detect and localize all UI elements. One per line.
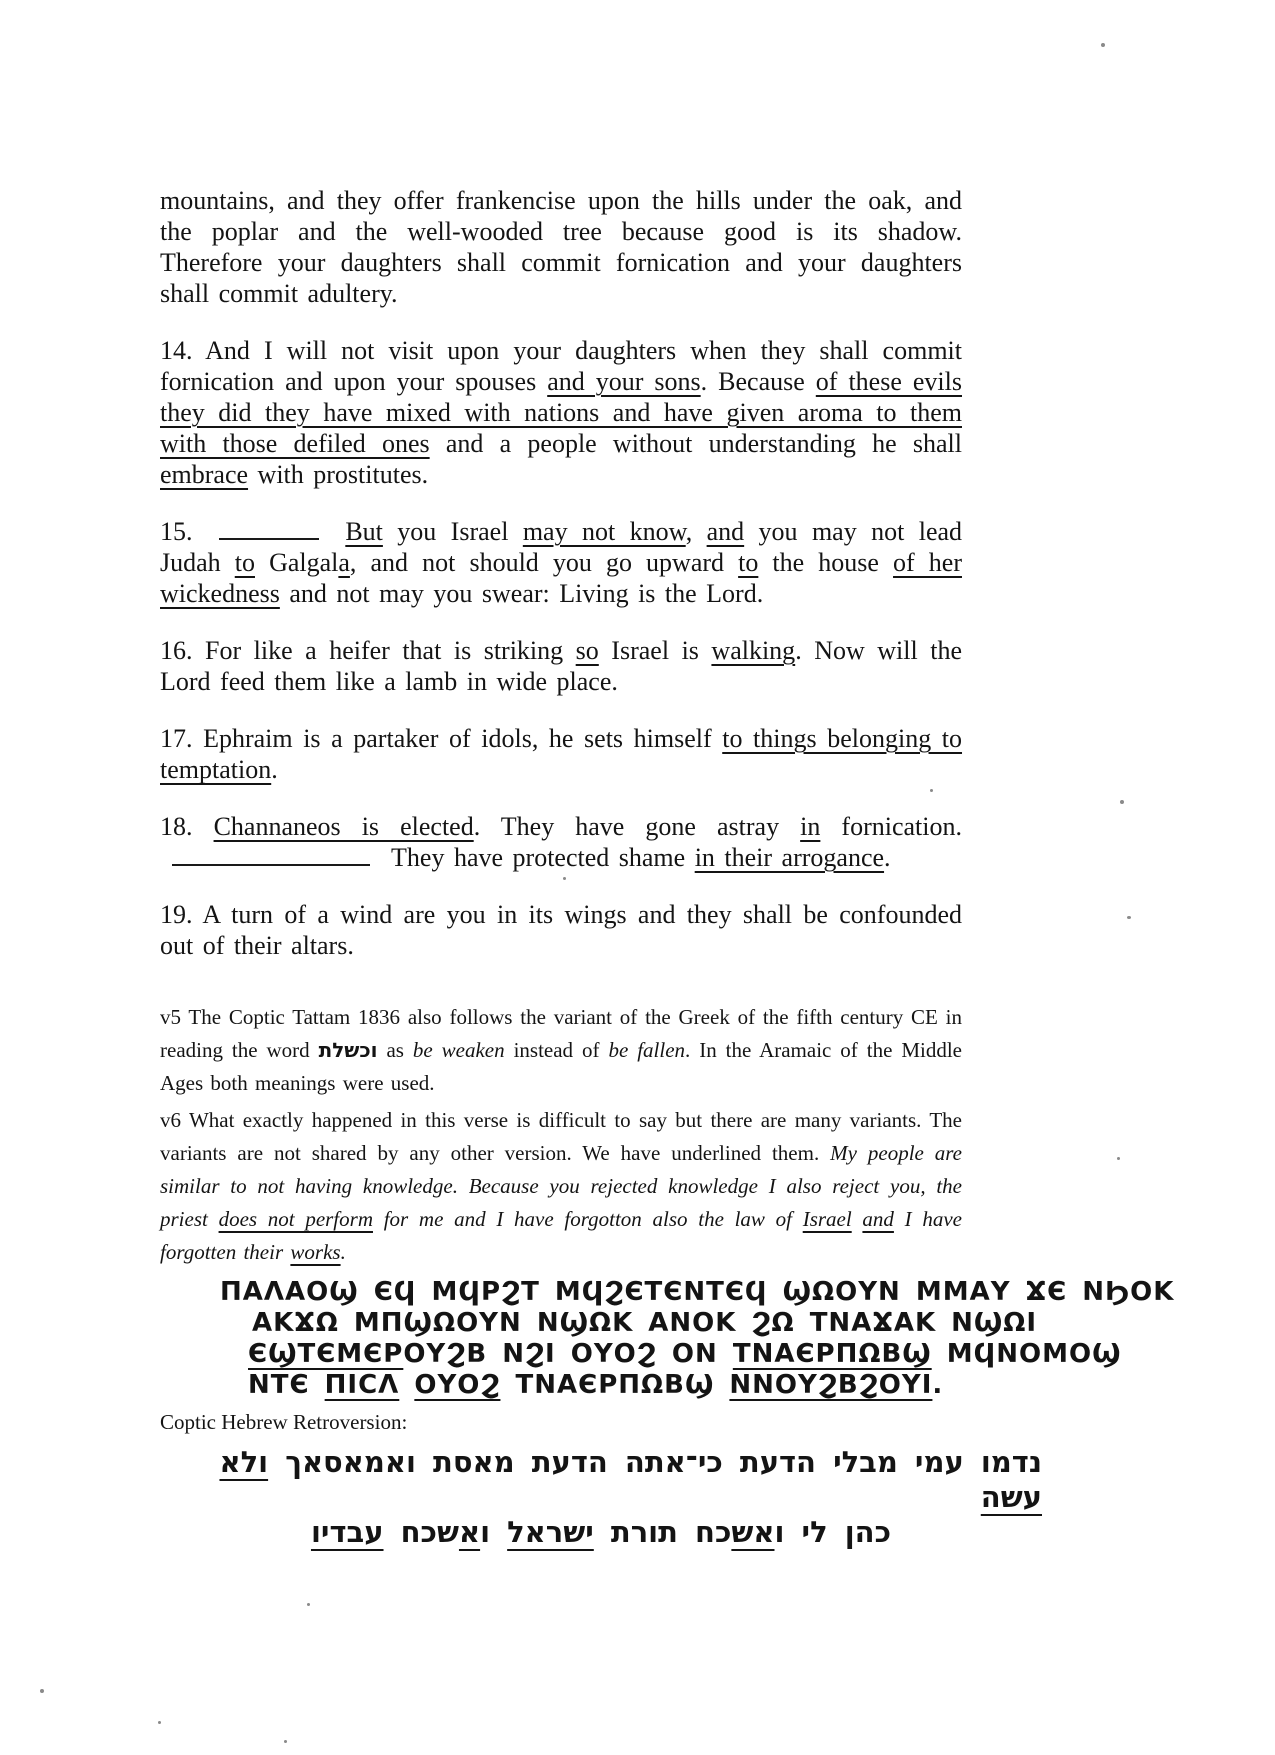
text-segment: ΑΚϪΩ ΜΠϢΩΟΥΝ ΝϢΩΚ ΑΝΟΚ ϨΩ ΤΝΑϪΑΚ ΝϢΩΙ	[252, 1308, 1037, 1338]
text-segment: ΤΝΑЄΡΠΩΒϢ	[500, 1370, 729, 1400]
text-segment: works	[290, 1240, 340, 1264]
text-segment: Israel	[803, 1207, 852, 1231]
text-segment: א	[459, 1515, 480, 1549]
verse-16-paragraph: 16. For like a heifer that is striking s…	[160, 635, 962, 697]
verse-15-paragraph: 15. But you Israel may not know, and you…	[160, 516, 962, 609]
text-segment: be weaken	[413, 1038, 505, 1062]
retroversion-label: Coptic Hebrew Retroversion:	[160, 1407, 962, 1437]
text-segment: עבדיו	[311, 1515, 384, 1549]
scan-speck	[1120, 800, 1124, 804]
text-segment: שכח	[384, 1515, 459, 1549]
verse-18-paragraph: 18. Channaneos is elected. They have gon…	[160, 811, 962, 873]
coptic-line: ΑΚϪΩ ΜΠϢΩΟΥΝ ΝϢΩΚ ΑΝΟΚ ϨΩ ΤΝΑϪΑΚ ΝϢΩΙ	[252, 1308, 962, 1339]
text-segment: with prostitutes.	[248, 460, 428, 489]
text-segment: instead of	[505, 1038, 609, 1062]
footnote-v6: v6 What exactly happened in this verse i…	[160, 1104, 962, 1269]
text-segment: with those defiled ones	[160, 429, 430, 458]
scan-speck	[1101, 43, 1105, 47]
hebrew-line: כהן לי ואשכח תורת ישראל ואשכח עבדיו	[160, 1515, 1042, 1550]
text-segment: .	[271, 755, 278, 784]
text-segment: a	[338, 548, 350, 577]
text-segment: ΝΝΟΥϨΒϨΟΥΙ	[729, 1370, 932, 1400]
paragraph-continuation: mountains, and they offer frankencise up…	[160, 185, 962, 309]
verse-17-paragraph: 17. Ephraim is a partaker of idols, he s…	[160, 723, 962, 785]
text-segment: and your sons	[547, 367, 700, 396]
text-segment: for me and I have forgotton also the law…	[373, 1207, 803, 1231]
text-segment: to	[738, 548, 758, 577]
text-segment: fornication.	[820, 812, 962, 841]
text-segment: כהן לי ו	[774, 1515, 891, 1549]
text-segment: ΠΑΛΑΟϢ ЄϤ ΜϤΡϨΤ ΜϤϨЄΤЄΝΤЄϤ ϢΩΟΥΝ ΜΜΑΥ ϪЄ…	[220, 1277, 1174, 1307]
text-segment	[852, 1207, 863, 1231]
text-segment: , and not should you go upward	[350, 548, 738, 577]
text-segment: . They have gone astray	[474, 812, 800, 841]
text-segment: 19. A turn of a wind are you in its wing…	[160, 900, 962, 960]
scan-speck	[40, 1689, 44, 1693]
scan-speck	[284, 1740, 287, 1743]
coptic-line: ΝΤЄ ΠΙCΛ ΟΥΟϨ ΤΝΑЄΡΠΩΒϢ ΝΝΟΥϨΒϨΟΥΙ.	[248, 1370, 962, 1401]
text-segment: 17. Ephraim is a partaker of idols, he s…	[160, 724, 722, 753]
text-segment: does not perform	[219, 1207, 373, 1231]
text-segment: 15.	[160, 517, 207, 546]
text-segment: in	[800, 812, 820, 841]
text-segment: . Because	[701, 367, 816, 396]
text-segment: ,	[686, 517, 707, 546]
text-segment: Channaneos is elected	[214, 812, 474, 841]
text-segment: ЄϢΤЄΜЄΡ	[248, 1339, 403, 1369]
text-segment: as	[378, 1038, 413, 1062]
text-segment: and	[707, 517, 745, 546]
text-segment: ΠΙCΛ	[325, 1370, 400, 1400]
text-segment: כח תורת	[594, 1515, 732, 1549]
text-segment: ΜϤΝΟΜΟϢ	[932, 1339, 1122, 1369]
text-segment: אש	[731, 1515, 774, 1549]
text-segment: 18.	[160, 812, 214, 841]
coptic-quotation-block: ΠΑΛΑΟϢ ЄϤ ΜϤΡϨΤ ΜϤϨЄΤЄΝΤЄϤ ϢΩΟΥΝ ΜΜΑΥ ϪЄ…	[160, 1277, 962, 1401]
text-segment: mountains, and they offer frankencise up…	[160, 186, 962, 308]
blank-line	[172, 842, 370, 866]
text-segment: ΟΥΟϨ	[414, 1370, 500, 1400]
text-segment: Israel is	[599, 636, 712, 665]
text-segment: .	[932, 1370, 943, 1400]
hebrew-retroversion-block: נדמו עמי מבלי הדעת כי־אתה הדעת מאסת ואמא…	[160, 1445, 1042, 1550]
scan-speck	[930, 789, 933, 792]
text-segment: the house	[758, 548, 893, 577]
text-segment: and not may you swear: Living is the Lor…	[280, 579, 763, 608]
text-segment: נדמו עמי מבלי הדעת כי־אתה הדעת מאסת ואמא…	[268, 1445, 1042, 1479]
text-segment: so	[576, 636, 599, 665]
scan-speck	[1127, 916, 1131, 919]
text-segment: They have protected shame	[382, 843, 695, 872]
text-segment: Galgal	[255, 548, 338, 577]
text-block: mountains, and they offer frankencise up…	[160, 185, 962, 1550]
translation-body: mountains, and they offer frankencise up…	[160, 185, 962, 961]
blank-line	[219, 516, 319, 540]
text-segment: .	[884, 843, 891, 872]
scanned-document-page: mountains, and they offer frankencise up…	[0, 0, 1275, 1755]
text-segment: in their arrogance	[695, 843, 884, 872]
scan-speck	[307, 1603, 310, 1606]
verse-14-paragraph: 14. And I will not visit upon your daugh…	[160, 335, 962, 490]
text-segment: and a people without understanding he sh…	[430, 429, 962, 458]
text-segment: ΝΤЄ	[248, 1370, 325, 1400]
scan-speck	[563, 877, 566, 880]
text-segment: וכשלת	[319, 1038, 378, 1062]
scan-speck	[1117, 1157, 1120, 1160]
text-segment: embrace	[160, 460, 248, 489]
text-segment: you Israel	[383, 517, 523, 546]
text-segment: .	[341, 1240, 346, 1264]
text-segment: ΟΥϨΒ ΝϨΙ ΟΥΟϨ ΟΝ	[403, 1339, 733, 1369]
text-segment: and	[862, 1207, 894, 1231]
text-segment: may not know	[523, 517, 686, 546]
text-segment: walking	[711, 636, 795, 665]
text-segment: ישראל	[507, 1515, 594, 1549]
text-segment: ו	[480, 1515, 507, 1549]
footnotes-section: v5 The Coptic Tattam 1836 also follows t…	[160, 1001, 962, 1269]
coptic-line: ΠΑΛΑΟϢ ЄϤ ΜϤΡϨΤ ΜϤϨЄΤЄΝΤЄϤ ϢΩΟΥΝ ΜΜΑΥ ϪЄ…	[220, 1277, 962, 1308]
text-segment: 16. For like a heifer that is striking	[160, 636, 576, 665]
hebrew-line: נדמו עמי מבלי הדעת כי־אתה הדעת מאסת ואמא…	[160, 1445, 1042, 1515]
text-segment	[331, 517, 345, 546]
coptic-line: ЄϢΤЄΜЄΡΟΥϨΒ ΝϨΙ ΟΥΟϨ ΟΝ ΤΝΑЄΡΠΩΒϢ ΜϤΝΟΜΟ…	[248, 1339, 962, 1370]
verse-19-paragraph: 19. A turn of a wind are you in its wing…	[160, 899, 962, 961]
footnote-v5: v5 The Coptic Tattam 1836 also follows t…	[160, 1001, 962, 1100]
text-segment: be fallen	[608, 1038, 685, 1062]
scan-speck	[158, 1721, 161, 1724]
text-segment: But	[345, 517, 383, 546]
text-segment: to	[235, 548, 255, 577]
text-segment	[399, 1370, 414, 1400]
text-segment: ΤΝΑЄΡΠΩΒϢ	[733, 1339, 932, 1369]
